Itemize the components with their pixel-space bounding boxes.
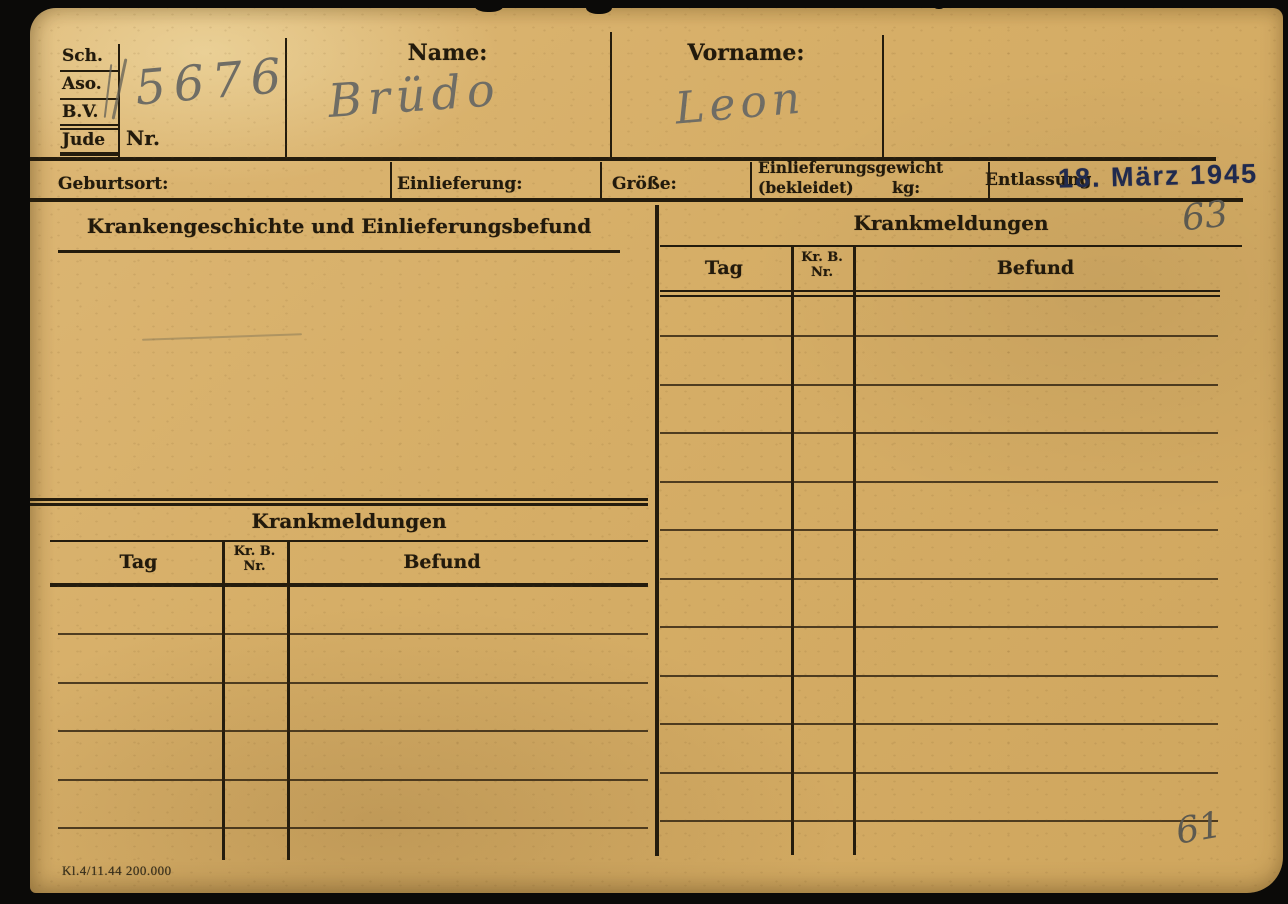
left-col-header-befund: Befund bbox=[287, 551, 597, 573]
scan-edge-notch bbox=[933, 0, 945, 9]
right-krankmeldungen-title: Krankmeldungen bbox=[660, 211, 1242, 235]
left-table-row-line bbox=[58, 779, 648, 781]
category-label-bv: B.V. bbox=[62, 102, 98, 122]
rule-under-krankengeschichte-title bbox=[58, 250, 620, 253]
right-table-row-line bbox=[660, 675, 1218, 677]
scan-background: Sch. Aso. B.V. Jude Nr. 5676 Name: Brüdo… bbox=[0, 0, 1288, 904]
left-col-header-krb: Kr. B.Nr. bbox=[222, 545, 287, 574]
divider-geburtsort-einlieferung bbox=[390, 162, 392, 198]
right-krb-line1: Kr. B. bbox=[801, 250, 843, 265]
scan-edge-notch bbox=[586, 0, 612, 14]
einlieferung-label: Einlieferung: bbox=[397, 174, 522, 194]
pencil-stroke-mark bbox=[104, 64, 113, 118]
faint-pencil-stroke bbox=[142, 333, 302, 341]
right-table-row-line bbox=[660, 820, 1218, 822]
scan-edge-notch bbox=[475, 0, 503, 12]
print-run-code: Kl.4/11.44 200.000 bbox=[62, 863, 172, 879]
vorname-label: Vorname: bbox=[610, 40, 882, 66]
nr-label: Nr. bbox=[126, 126, 160, 150]
corner-annotation-handwritten: 61 bbox=[1173, 804, 1225, 852]
rule-under-right-header-1 bbox=[660, 290, 1220, 292]
rule-under-left-header-row bbox=[50, 583, 648, 587]
rule-under-right-header-2 bbox=[660, 295, 1220, 297]
prisoner-number-handwritten: 5676 bbox=[133, 47, 291, 116]
right-table-row-line bbox=[660, 335, 1218, 337]
divider-einlieferung-groesse bbox=[600, 162, 602, 198]
left-table-row-line bbox=[58, 827, 648, 829]
rule-under-info-row bbox=[30, 198, 1243, 202]
category-label-aso: Aso. bbox=[62, 74, 102, 94]
right-col-header-befund: Befund bbox=[853, 257, 1218, 279]
right-krb-line2: Nr. bbox=[811, 265, 833, 280]
rule-under-identity-row bbox=[30, 157, 1216, 161]
rule-left-section-divider-2 bbox=[30, 503, 648, 506]
left-krankmeldungen-title: Krankmeldungen bbox=[50, 509, 648, 533]
right-table-row-line bbox=[660, 578, 1218, 580]
rule-under-jude bbox=[60, 152, 118, 156]
left-table-row-line bbox=[58, 730, 648, 732]
category-label-jude: Jude bbox=[62, 130, 105, 150]
right-table-row-line bbox=[660, 432, 1218, 434]
left-krb-line1: Kr. B. bbox=[234, 544, 276, 559]
right-table-row-line bbox=[660, 723, 1218, 725]
right-col-header-tag: Tag bbox=[657, 257, 791, 279]
category-label-sch: Sch. bbox=[62, 46, 103, 66]
divider-groesse-gewicht bbox=[750, 162, 752, 198]
right-table-row-line bbox=[660, 626, 1218, 628]
left-table-divider-krb-befund bbox=[287, 540, 290, 860]
vorname-handwritten: Leon bbox=[673, 72, 807, 134]
left-table-row-line bbox=[58, 633, 648, 635]
rule-left-section-divider-1 bbox=[30, 498, 648, 501]
geburtsort-label: Geburtsort: bbox=[58, 174, 168, 194]
groesse-label: Größe: bbox=[612, 174, 677, 194]
entlassung-date-stamp: 18. März 1945 bbox=[1058, 158, 1259, 194]
name-handwritten: Brüdo bbox=[326, 62, 502, 128]
rule-under-aso bbox=[60, 98, 118, 100]
krankengeschichte-title: Krankengeschichte und Einlieferungsbefun… bbox=[58, 214, 620, 238]
left-table-row-line bbox=[58, 682, 648, 684]
gewicht-kg-label: kg: bbox=[892, 178, 920, 197]
right-table-row-line bbox=[660, 529, 1218, 531]
rule-under-bv-1 bbox=[60, 124, 118, 126]
right-col-header-krb: Kr. B.Nr. bbox=[791, 251, 853, 280]
gewicht-label-line1: Einlieferungsgewicht bbox=[758, 158, 943, 177]
left-col-header-tag: Tag bbox=[55, 551, 222, 573]
left-krb-line2: Nr. bbox=[243, 559, 265, 574]
center-column-divider bbox=[655, 205, 659, 856]
divider-vorname-blank bbox=[882, 35, 884, 157]
right-table-row-line bbox=[660, 384, 1218, 386]
left-table-divider-tag-krb bbox=[222, 540, 225, 860]
rule-under-right-km-title bbox=[660, 245, 1242, 247]
right-table-row-line bbox=[660, 481, 1218, 483]
medical-record-card: Sch. Aso. B.V. Jude Nr. 5676 Name: Brüdo… bbox=[30, 8, 1283, 893]
gewicht-label-line2: (bekleidet) bbox=[758, 178, 854, 197]
name-label: Name: bbox=[285, 40, 610, 66]
rule-under-left-km-title bbox=[50, 540, 648, 542]
right-table-row-line bbox=[660, 772, 1218, 774]
